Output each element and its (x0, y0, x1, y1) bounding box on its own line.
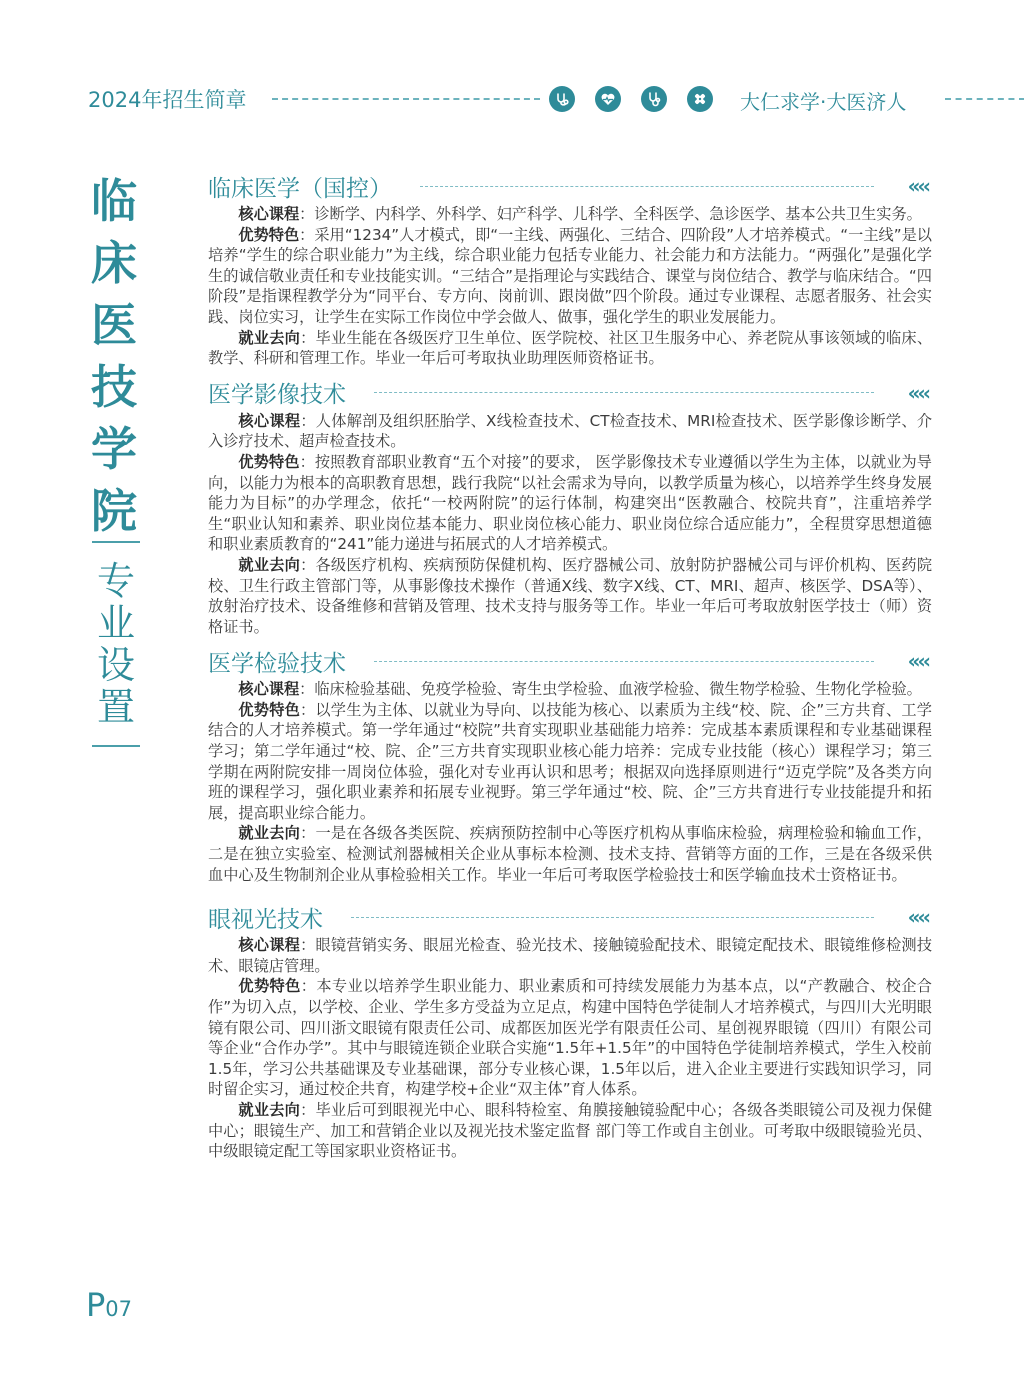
core-courses: 核心课程：诊断学、内科学、外科学、妇产科学、儿科学、全科医学、急诊医学、基本公共… (208, 204, 932, 225)
major-section: 眼视光技术 «‹‹ 核心课程：眼镜营销实务、眼屈光检查、验光技术、接触镜验配技术… (208, 899, 932, 1162)
section-char: 专 (97, 560, 135, 602)
college-char: 临 (91, 170, 137, 232)
college-name-vertical: 临 床 医 技 学 院 (84, 170, 144, 542)
stethoscope-icon (641, 86, 667, 112)
college-char: 学 (91, 418, 137, 480)
major-title: 医学影像技术 (208, 376, 346, 409)
major-title: 临床医学（国控） (208, 170, 392, 203)
major-section: 临床医学（国控） «‹‹ 核心课程：诊断学、内科学、外科学、妇产科学、儿科学、全… (208, 168, 932, 369)
section-char: 置 (97, 686, 135, 728)
career: 就业去向：一是在各级各类医院、疾病预防控制中心等医疗机构从事临床检验，病理检验和… (208, 823, 932, 885)
page-prefix: P (86, 1286, 105, 1324)
major-section: 医学影像技术 «‹‹ 核心课程：人体解剖及组织胚胎学、X线检查技术、CT检查技术… (208, 375, 932, 638)
feature-label: 优势特色 (238, 453, 299, 471)
career-label: 就业去向 (238, 329, 300, 347)
page-number: P07 (86, 1286, 132, 1324)
feature-label: 优势特色 (238, 977, 300, 995)
section-name-vertical: 专 业 设 置 (92, 560, 140, 728)
core-label: 核心课程 (238, 205, 299, 223)
major-section: 医学检验技术 «‹‹ 核心课程：临床检验基础、免疫学检验、寄生虫学检验、血液学检… (208, 643, 932, 885)
chevron-left-icon: «‹‹ (908, 649, 928, 673)
feature-text: ：采用“1234”人才模式，即“一主线、两强化、三结合、四阶段”人才培养模式。“… (208, 226, 932, 326)
college-char: 院 (91, 480, 137, 542)
career-label: 就业去向 (238, 824, 300, 842)
page-digits: 07 (105, 1297, 132, 1321)
career-label: 就业去向 (238, 556, 300, 574)
major-header: 眼视光技术 «‹‹ (208, 899, 932, 935)
major-header: 医学影像技术 «‹‹ (208, 375, 932, 411)
core-text: ：人体解剖及组织胚胎学、X线检查技术、CT检查技术、MRI检查技术、医学影像诊断… (208, 412, 932, 451)
feature-label: 优势特色 (238, 701, 300, 719)
brochure-title: 2024年招生简章 (88, 84, 246, 114)
core-label: 核心课程 (238, 680, 299, 698)
sidebar-divider-bottom (92, 745, 140, 747)
sidebar-divider-top (92, 541, 140, 543)
career-text: ：毕业生能在各级医疗卫生单位、医学院校、社区卫生服务中心、养老院从事该领域的临床… (208, 329, 932, 368)
chevron-left-icon: «‹‹ (908, 174, 928, 198)
header-dashed-line (420, 186, 874, 187)
features: 优势特色：以学生为主体、以就业为导向、以技能为核心、以素质为主线“校、院、企”三… (208, 700, 932, 824)
career-text: ：各级医疗机构、疾病预防保健机构、医疗器械公司、放射防护器械公司与评价机构、医药… (208, 556, 932, 636)
features: 优势特色：采用“1234”人才模式，即“一主线、两强化、三结合、四阶段”人才培养… (208, 225, 932, 328)
major-header: 临床医学（国控） «‹‹ (208, 168, 932, 204)
core-courses: 核心课程：人体解剖及组织胚胎学、X线检查技术、CT检查技术、MRI检查技术、医学… (208, 411, 932, 452)
core-label: 核心课程 (238, 936, 300, 954)
core-courses: 核心课程：眼镜营销实务、眼屈光检查、验光技术、接触镜验配技术、眼镜定配技术、眼镜… (208, 935, 932, 976)
header-divider-left (272, 98, 540, 100)
career-label: 就业去向 (238, 1101, 300, 1119)
feature-text: ：本专业以培养学生职业能力、职业素质和可持续发展能力为基本点，以“产教融合、校企… (208, 977, 932, 1098)
features: 优势特色：按照教育部职业教育“五个对接”的要求， 医学影像技术专业遵循以学生为主… (208, 452, 932, 555)
major-title: 医学检验技术 (208, 645, 346, 678)
college-char: 医 (91, 294, 137, 356)
core-label: 核心课程 (238, 412, 300, 430)
core-courses: 核心课程：临床检验基础、免疫学检验、寄生虫学检验、血液学检验、微生物学检验、生物… (208, 679, 932, 700)
heart-pulse-icon (595, 86, 621, 112)
header-dashed-line (374, 392, 874, 393)
core-text: ：眼镜营销实务、眼屈光检查、验光技术、接触镜验配技术、眼镜定配技术、眼镜维修检测… (208, 936, 932, 975)
header-dashed-line (374, 661, 874, 662)
career-text: ：一是在各级各类医院、疾病预防控制中心等医疗机构从事临床检验，病理检验和输血工作… (208, 824, 932, 883)
chevron-left-icon: «‹‹ (908, 905, 928, 929)
career-text: ：毕业后可到眼视光中心、眼科特检室、角膜接触镜验配中心；各级各类眼镜公司及视力保… (208, 1101, 932, 1160)
header-dashed-line (351, 917, 874, 918)
bandage-cross-icon (687, 86, 713, 112)
career: 就业去向：毕业生能在各级医疗卫生单位、医学院校、社区卫生服务中心、养老院从事该领… (208, 328, 932, 369)
chevron-left-icon: «‹‹ (908, 381, 928, 405)
major-header: 医学检验技术 «‹‹ (208, 643, 932, 679)
feature-label: 优势特色 (238, 226, 299, 244)
section-char: 业 (97, 602, 135, 644)
core-text: ：临床检验基础、免疫学检验、寄生虫学检验、血液学检验、微生物学检验、生物化学检验… (299, 680, 922, 698)
major-title: 眼视光技术 (208, 901, 323, 934)
features: 优势特色：本专业以培养学生职业能力、职业素质和可持续发展能力为基本点，以“产教融… (208, 976, 932, 1100)
header-slogan: 大仁求学·大医济人 (740, 86, 906, 115)
career: 就业去向：各级医疗机构、疾病预防保健机构、医疗器械公司、放射防护器械公司与评价机… (208, 555, 932, 637)
core-text: ：诊断学、内科学、外科学、妇产科学、儿科学、全科医学、急诊医学、基本公共卫生实务… (299, 205, 922, 223)
college-char: 床 (91, 232, 137, 294)
header-divider-right (945, 98, 1024, 100)
section-char: 设 (97, 644, 135, 686)
header-icon-row (549, 86, 713, 112)
career: 就业去向：毕业后可到眼视光中心、眼科特检室、角膜接触镜验配中心；各级各类眼镜公司… (208, 1100, 932, 1162)
majors-list: 临床医学（国控） «‹‹ 核心课程：诊断学、内科学、外科学、妇产科学、儿科学、全… (208, 168, 932, 1168)
feature-text: ：以学生为主体、以就业为导向、以技能为核心、以素质为主线“校、院、企”三方共育、… (208, 701, 932, 822)
stethoscope-syringe-icon (549, 86, 575, 112)
feature-text: ：按照教育部职业教育“五个对接”的要求， 医学影像技术专业遵循以学生为主体，以就… (208, 453, 932, 553)
college-char: 技 (91, 356, 137, 418)
